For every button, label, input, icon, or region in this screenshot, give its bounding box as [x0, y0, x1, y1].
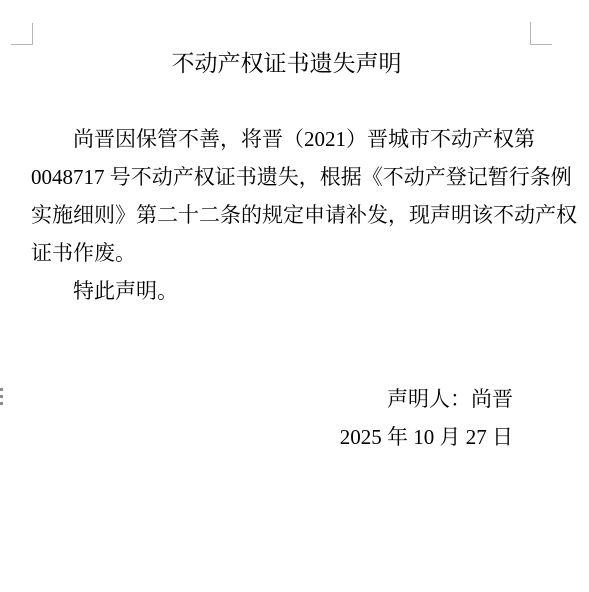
body-text-line: 0048717 号不动产权证书遗失，根据《不动产登记暂行条例 [31, 158, 589, 196]
top-left-crop-mark-icon [11, 44, 33, 45]
date-line: 2025 年 10 月 27 日 [340, 418, 513, 456]
top-left-crop-mark-icon [32, 23, 33, 45]
body-text-line: 证书作废。 [31, 234, 589, 272]
left-edge-mark-icon [0, 388, 3, 391]
top-right-crop-mark-icon [530, 22, 531, 45]
body-text-line: 特此声明。 [73, 272, 589, 310]
document-page[interactable]: 不动产权证书遗失声明 尚晋因保管不善，将晋（2021）晋城市不动产权第 0048… [0, 0, 589, 592]
left-edge-mark-icon [0, 395, 3, 398]
document-title: 不动产权证书遗失声明 [31, 45, 542, 83]
document-body: 尚晋因保管不善，将晋（2021）晋城市不动产权第 0048717 号不动产权证书… [0, 120, 589, 310]
body-text-line: 实施细则》第二十二条的规定申请补发，现声明该不动产权 [31, 196, 589, 234]
left-edge-mark-icon [0, 402, 3, 405]
declarant-line: 声明人：尚晋 [387, 380, 513, 418]
body-text-line: 尚晋因保管不善，将晋（2021）晋城市不动产权第 [73, 120, 589, 158]
